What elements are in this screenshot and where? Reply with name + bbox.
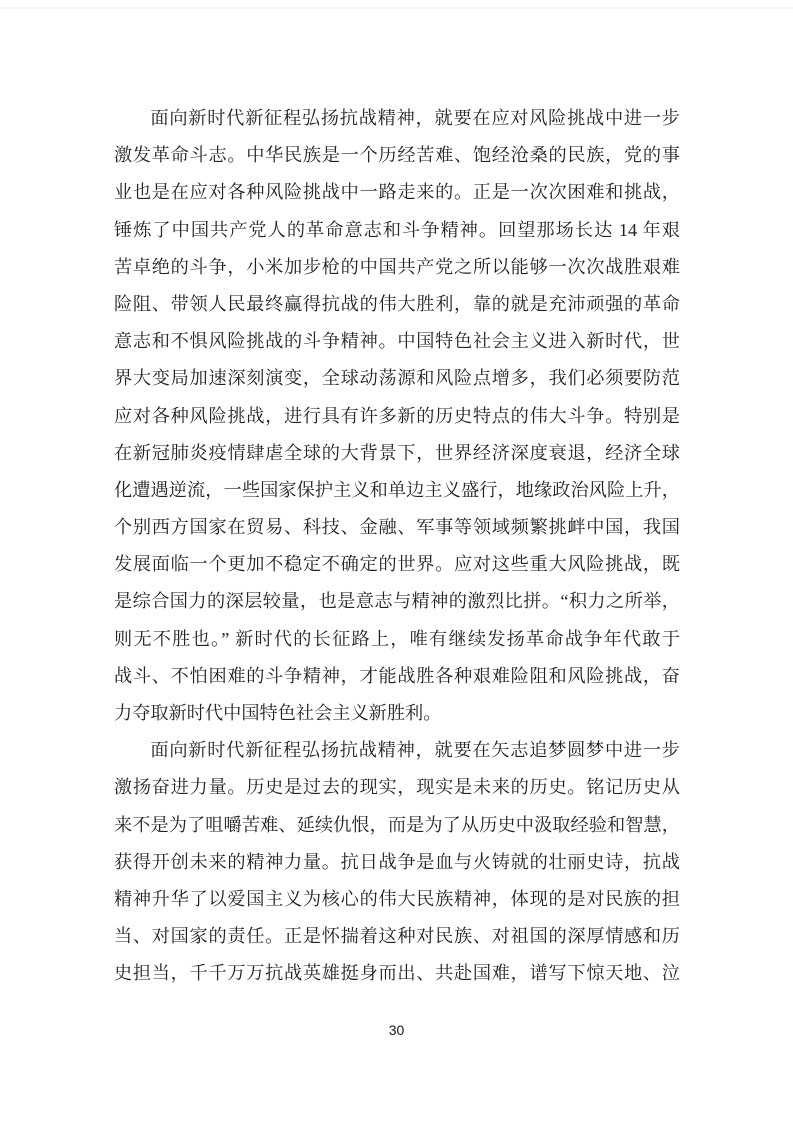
page-footer: 30 xyxy=(0,1022,793,1040)
text-line: 力夺取新时代中国特色社会主义新胜利。 xyxy=(114,695,680,732)
text-line: 发展面临一个更加不稳定不确定的世界。应对这些重大风险挑战，既 xyxy=(114,546,680,583)
page-number: 30 xyxy=(389,1022,405,1038)
text-line: 史担当，千千万万抗战英雄挺身而出、共赴国难，谱写下惊天地、泣 xyxy=(114,955,680,992)
document-page: 面向新时代新征程弘扬抗战精神，就要在应对风险挑战中进一步激发革命斗志。中华民族是… xyxy=(0,0,793,1122)
text-line: 激发革命斗志。中华民族是一个历经苦难、饱经沧桑的民族，党的事 xyxy=(114,137,680,174)
text-line: 面向新时代新征程弘扬抗战精神，就要在应对风险挑战中进一步 xyxy=(114,100,680,137)
text-line: 界大变局加速深刻演变，全球动荡源和风险点增多，我们必须要防范 xyxy=(114,360,680,397)
text-line: 当、对国家的责任。正是怀揣着这种对民族、对祖国的深厚情感和历 xyxy=(114,918,680,955)
text-line: 面向新时代新征程弘扬抗战精神，就要在矢志追梦圆梦中进一步 xyxy=(114,732,680,769)
text-line: 则无不胜也。” 新时代的长征路上，唯有继续发扬革命战争年代敢于 xyxy=(114,621,680,658)
text-line: 锤炼了中国共产党人的革命意志和斗争精神。回望那场长达 14 年艰 xyxy=(114,212,680,249)
text-line: 业也是在应对各种风险挑战中一路走来的。正是一次次困难和挑战， xyxy=(114,174,680,211)
text-line: 战斗、不怕困难的斗争精神，才能战胜各种艰难险阻和风险挑战，奋 xyxy=(114,658,680,695)
text-line: 意志和不惧风险挑战的斗争精神。中国特色社会主义进入新时代，世 xyxy=(114,323,680,360)
paragraph-2: 面向新时代新征程弘扬抗战精神，就要在矢志追梦圆梦中进一步激扬奋进力量。历史是过去… xyxy=(114,732,680,992)
page-top-shadow xyxy=(0,7,793,9)
paragraph-1: 面向新时代新征程弘扬抗战精神，就要在应对风险挑战中进一步激发革命斗志。中华民族是… xyxy=(114,100,680,732)
text-line: 苦卓绝的斗争，小米加步枪的中国共产党之所以能够一次次战胜艰难 xyxy=(114,249,680,286)
text-line: 在新冠肺炎疫情肆虐全球的大背景下，世界经济深度衰退，经济全球 xyxy=(114,435,680,472)
text-line: 激扬奋进力量。历史是过去的现实，现实是未来的历史。铭记历史从 xyxy=(114,769,680,806)
text-line: 来不是为了咀嚼苦难、延续仇恨，而是为了从历史中汲取经验和智慧， xyxy=(114,807,680,844)
text-line: 获得开创未来的精神力量。抗日战争是血与火铸就的壮丽史诗，抗战 xyxy=(114,844,680,881)
text-line: 应对各种风险挑战，进行具有许多新的历史特点的伟大斗争。特别是 xyxy=(114,398,680,435)
text-line: 是综合国力的深层较量，也是意志与精神的激烈比拼。“积力之所举， xyxy=(114,583,680,620)
document-body: 面向新时代新征程弘扬抗战精神，就要在应对风险挑战中进一步激发革命斗志。中华民族是… xyxy=(114,100,680,993)
text-line: 精神升华了以爱国主义为核心的伟大民族精神，体现的是对民族的担 xyxy=(114,881,680,918)
text-line: 个别西方国家在贸易、科技、金融、军事等领域频繁挑衅中国，我国 xyxy=(114,509,680,546)
text-line: 化遭遇逆流，一些国家保护主义和单边主义盛行，地缘政治风险上升， xyxy=(114,472,680,509)
text-line: 险阻、带领人民最终赢得抗战的伟大胜利，靠的就是充沛顽强的革命 xyxy=(114,286,680,323)
